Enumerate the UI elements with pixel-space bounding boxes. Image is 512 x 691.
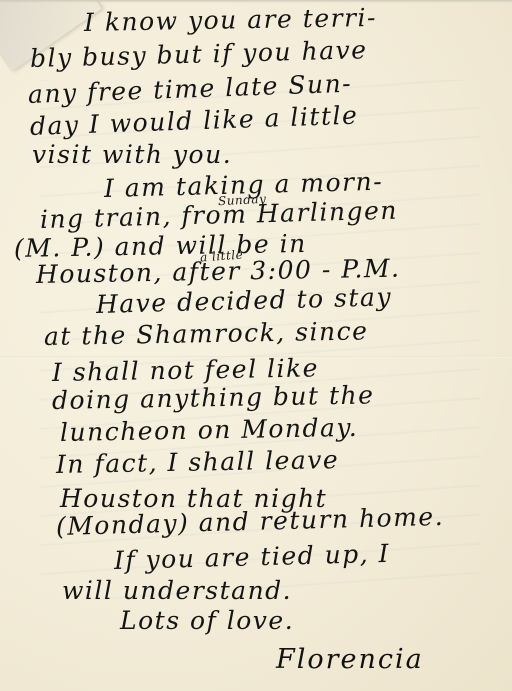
letter-line-5: visit with you.: [32, 140, 232, 169]
signature: Florencia: [276, 644, 424, 675]
letter-line-20: Lots of love.: [120, 606, 294, 635]
letter-line-15: In fact, I shall leave: [56, 445, 340, 479]
letter-line-19: will understand.: [62, 576, 292, 605]
paper-top-edge: [0, 0, 512, 3]
letter-line-13: doing anything but the: [52, 380, 375, 415]
letter-line-7: ing train, from Harlingen: [40, 196, 399, 234]
letter-line-1: I know you are terri-: [84, 3, 377, 37]
letter-line-18: If you are tied up, I: [114, 539, 391, 575]
letter-line-2: bly busy but if you have: [30, 35, 368, 73]
letter-line-14: luncheon on Monday.: [60, 413, 359, 447]
letter-line-10: Have decided to stay: [96, 282, 393, 319]
letter-page: I know you are terri- bly busy but if yo…: [0, 0, 512, 691]
letter-line-11: at the Shamrock, since: [44, 316, 369, 351]
